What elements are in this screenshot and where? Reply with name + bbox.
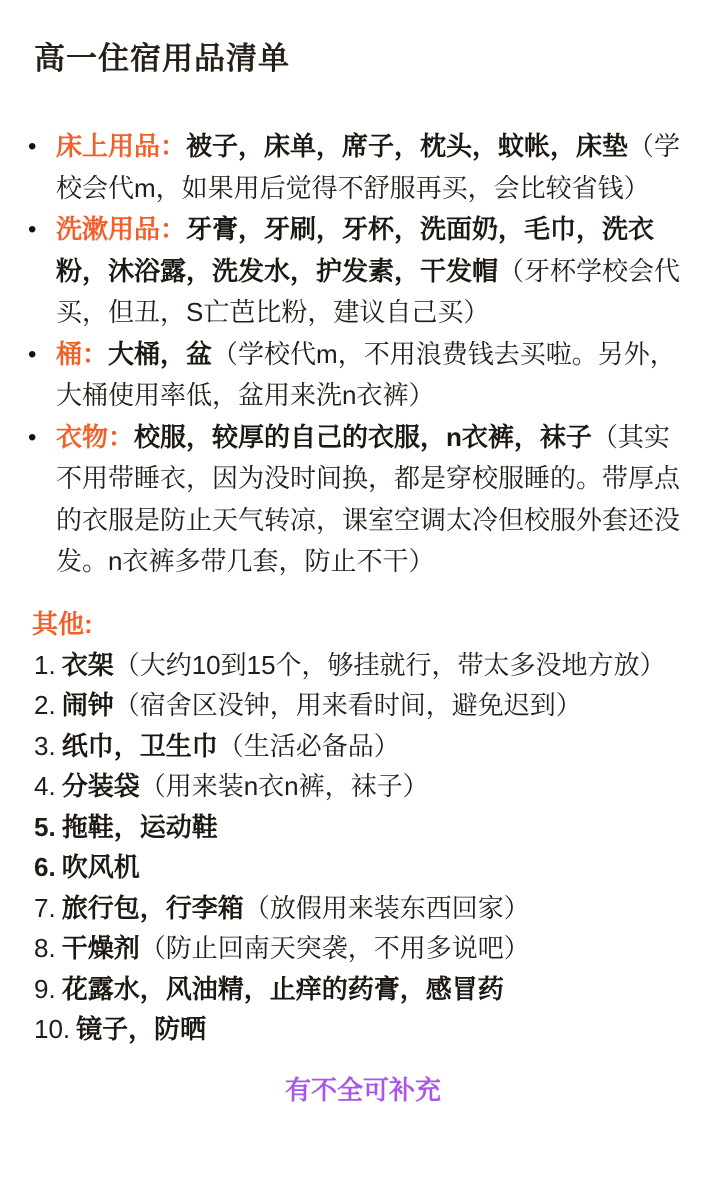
document-page: 高一住宿用品清单 •床上用品：被子，床单，席子，枕头，蚊帐，床垫（学校会代m，如… — [0, 0, 720, 1111]
category-label: 床上用品： — [56, 131, 186, 161]
bullet-icon: • — [28, 417, 36, 459]
item-name: 干燥剂 — [62, 933, 140, 963]
item-note: （防止回南天突袭，不用多说吧） — [140, 933, 530, 963]
item-body: 旅行包，行李箱（放假用来装东西回家） — [62, 888, 692, 929]
page-title: 高一住宿用品清单 — [34, 40, 692, 78]
bullet-icon: • — [28, 126, 36, 168]
item-note: （宿舍区没钟，用来看时间，避免迟到） — [114, 690, 582, 720]
list-item-toiletries: •洗漱用品：牙膏，牙刷，牙杯，洗面奶，毛巾，洗衣粉，沐浴露，洗发水，护发素，干发… — [34, 209, 692, 334]
item-number: 7. — [34, 888, 56, 929]
list-item-bedding: •床上用品：被子，床单，席子，枕头，蚊帐，床垫（学校会代m，如果用后觉得不舒服再… — [34, 126, 692, 209]
list-item-tissues: 3. 纸巾，卫生巾（生活必备品） — [34, 726, 692, 767]
item-name: 吹风机 — [62, 852, 140, 882]
category-items: 大桶，盆 — [108, 339, 212, 369]
item-name: 分装袋 — [62, 771, 140, 801]
item-name: 拖鞋，运动鞋 — [62, 812, 218, 842]
category-label: 洗漱用品： — [56, 214, 186, 244]
item-body: 衣架（大约10到15个，够挂就行，带太多没地方放） — [62, 645, 692, 686]
item-body: 闹钟（宿舍区没钟，用来看时间，避免迟到） — [62, 685, 692, 726]
item-note: （用来装n衣n裤，袜子） — [140, 771, 429, 801]
item-body: 分装袋（用来装n衣n裤，袜子） — [62, 766, 692, 807]
item-body: 花露水，风油精，止痒的药膏，感冒药 — [62, 969, 692, 1010]
item-number: 10. — [34, 1009, 70, 1050]
item-number: 8. — [34, 928, 56, 969]
list-item-buckets: •桶：大桶，盆（学校代m，不用浪费钱去买啦。另外，大桶使用率低，盆用来洗n衣裤） — [34, 334, 692, 417]
category-label: 衣物： — [56, 422, 134, 452]
item-name: 闹钟 — [62, 690, 114, 720]
list-item-hair-dryer: 6. 吹风机 — [34, 847, 692, 888]
item-body: 镜子，防晒 — [76, 1009, 692, 1050]
item-name: 镜子，防晒 — [76, 1014, 206, 1044]
item-name: 旅行包，行李箱 — [62, 893, 244, 923]
category-list: •床上用品：被子，床单，席子，枕头，蚊帐，床垫（学校会代m，如果用后觉得不舒服再… — [34, 126, 692, 583]
list-item-mirror-sunscreen: 10. 镜子，防晒 — [34, 1009, 692, 1050]
list-item-clothing: •衣物：校服，较厚的自己的衣服，n衣裤，袜子（其实不用带睡衣，因为没时间换，都是… — [34, 417, 692, 583]
list-item-alarm-clock: 2. 闹钟（宿舍区没钟，用来看时间，避免迟到） — [34, 685, 692, 726]
category-items: 被子，床单，席子，枕头，蚊帐，床垫 — [186, 131, 628, 161]
list-item-slippers: 5. 拖鞋，运动鞋 — [34, 807, 692, 848]
item-number: 9. — [34, 969, 56, 1010]
list-item-desiccant: 8. 干燥剂（防止回南天突袭，不用多说吧） — [34, 928, 692, 969]
item-number: 5. — [34, 807, 56, 848]
item-number: 4. — [34, 766, 56, 807]
footer-note: 有不全可补充 — [34, 1070, 692, 1111]
list-item-storage-bags: 4. 分装袋（用来装n衣n裤，袜子） — [34, 766, 692, 807]
bullet-icon: • — [28, 334, 36, 376]
item-name: 纸巾，卫生巾 — [62, 731, 218, 761]
item-body: 纸巾，卫生巾（生活必备品） — [62, 726, 692, 767]
bullet-icon: • — [28, 209, 36, 251]
others-heading: 其他: — [32, 604, 692, 645]
item-name: 花露水，风油精，止痒的药膏，感冒药 — [62, 974, 504, 1004]
item-note: （大约10到15个，够挂就行，带太多没地方放） — [114, 650, 666, 680]
item-body: 拖鞋，运动鞋 — [62, 807, 692, 848]
item-number: 2. — [34, 685, 56, 726]
item-note: （放假用来装东西回家） — [244, 893, 530, 923]
others-list: 1. 衣架（大约10到15个，够挂就行，带太多没地方放） 2. 闹钟（宿舍区没钟… — [34, 645, 692, 1050]
item-note: （生活必备品） — [218, 731, 400, 761]
item-number: 1. — [34, 645, 56, 686]
list-item-medicines: 9. 花露水，风油精，止痒的药膏，感冒药 — [34, 969, 692, 1010]
category-items: 校服，较厚的自己的衣服，n衣裤，袜子 — [134, 422, 592, 452]
list-item-travel-bag: 7. 旅行包，行李箱（放假用来装东西回家） — [34, 888, 692, 929]
list-item-hangers: 1. 衣架（大约10到15个，够挂就行，带太多没地方放） — [34, 645, 692, 686]
category-label: 桶： — [56, 339, 108, 369]
item-name: 衣架 — [62, 650, 114, 680]
item-number: 6. — [34, 847, 56, 888]
item-body: 干燥剂（防止回南天突袭，不用多说吧） — [62, 928, 692, 969]
item-body: 吹风机 — [62, 847, 692, 888]
item-number: 3. — [34, 726, 56, 767]
